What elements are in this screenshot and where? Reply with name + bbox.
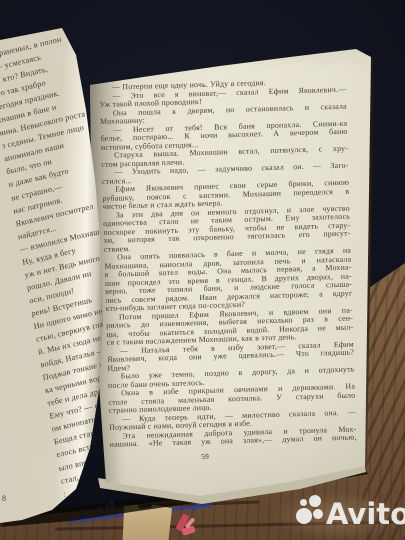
book-listing-photo: 5 см — Потерпи еще одну ночь. Уйду я сег… — [0, 0, 405, 540]
avito-dots-icon — [293, 494, 326, 530]
right-page-text: — Потерпи еще одну ночь. Уйду я сегодня.… — [99, 77, 357, 450]
avito-watermark: Avito — [293, 494, 405, 534]
avito-watermark-text: Avito — [326, 494, 405, 534]
red-mark — [172, 513, 204, 540]
left-page-number: 8 — [2, 494, 6, 503]
